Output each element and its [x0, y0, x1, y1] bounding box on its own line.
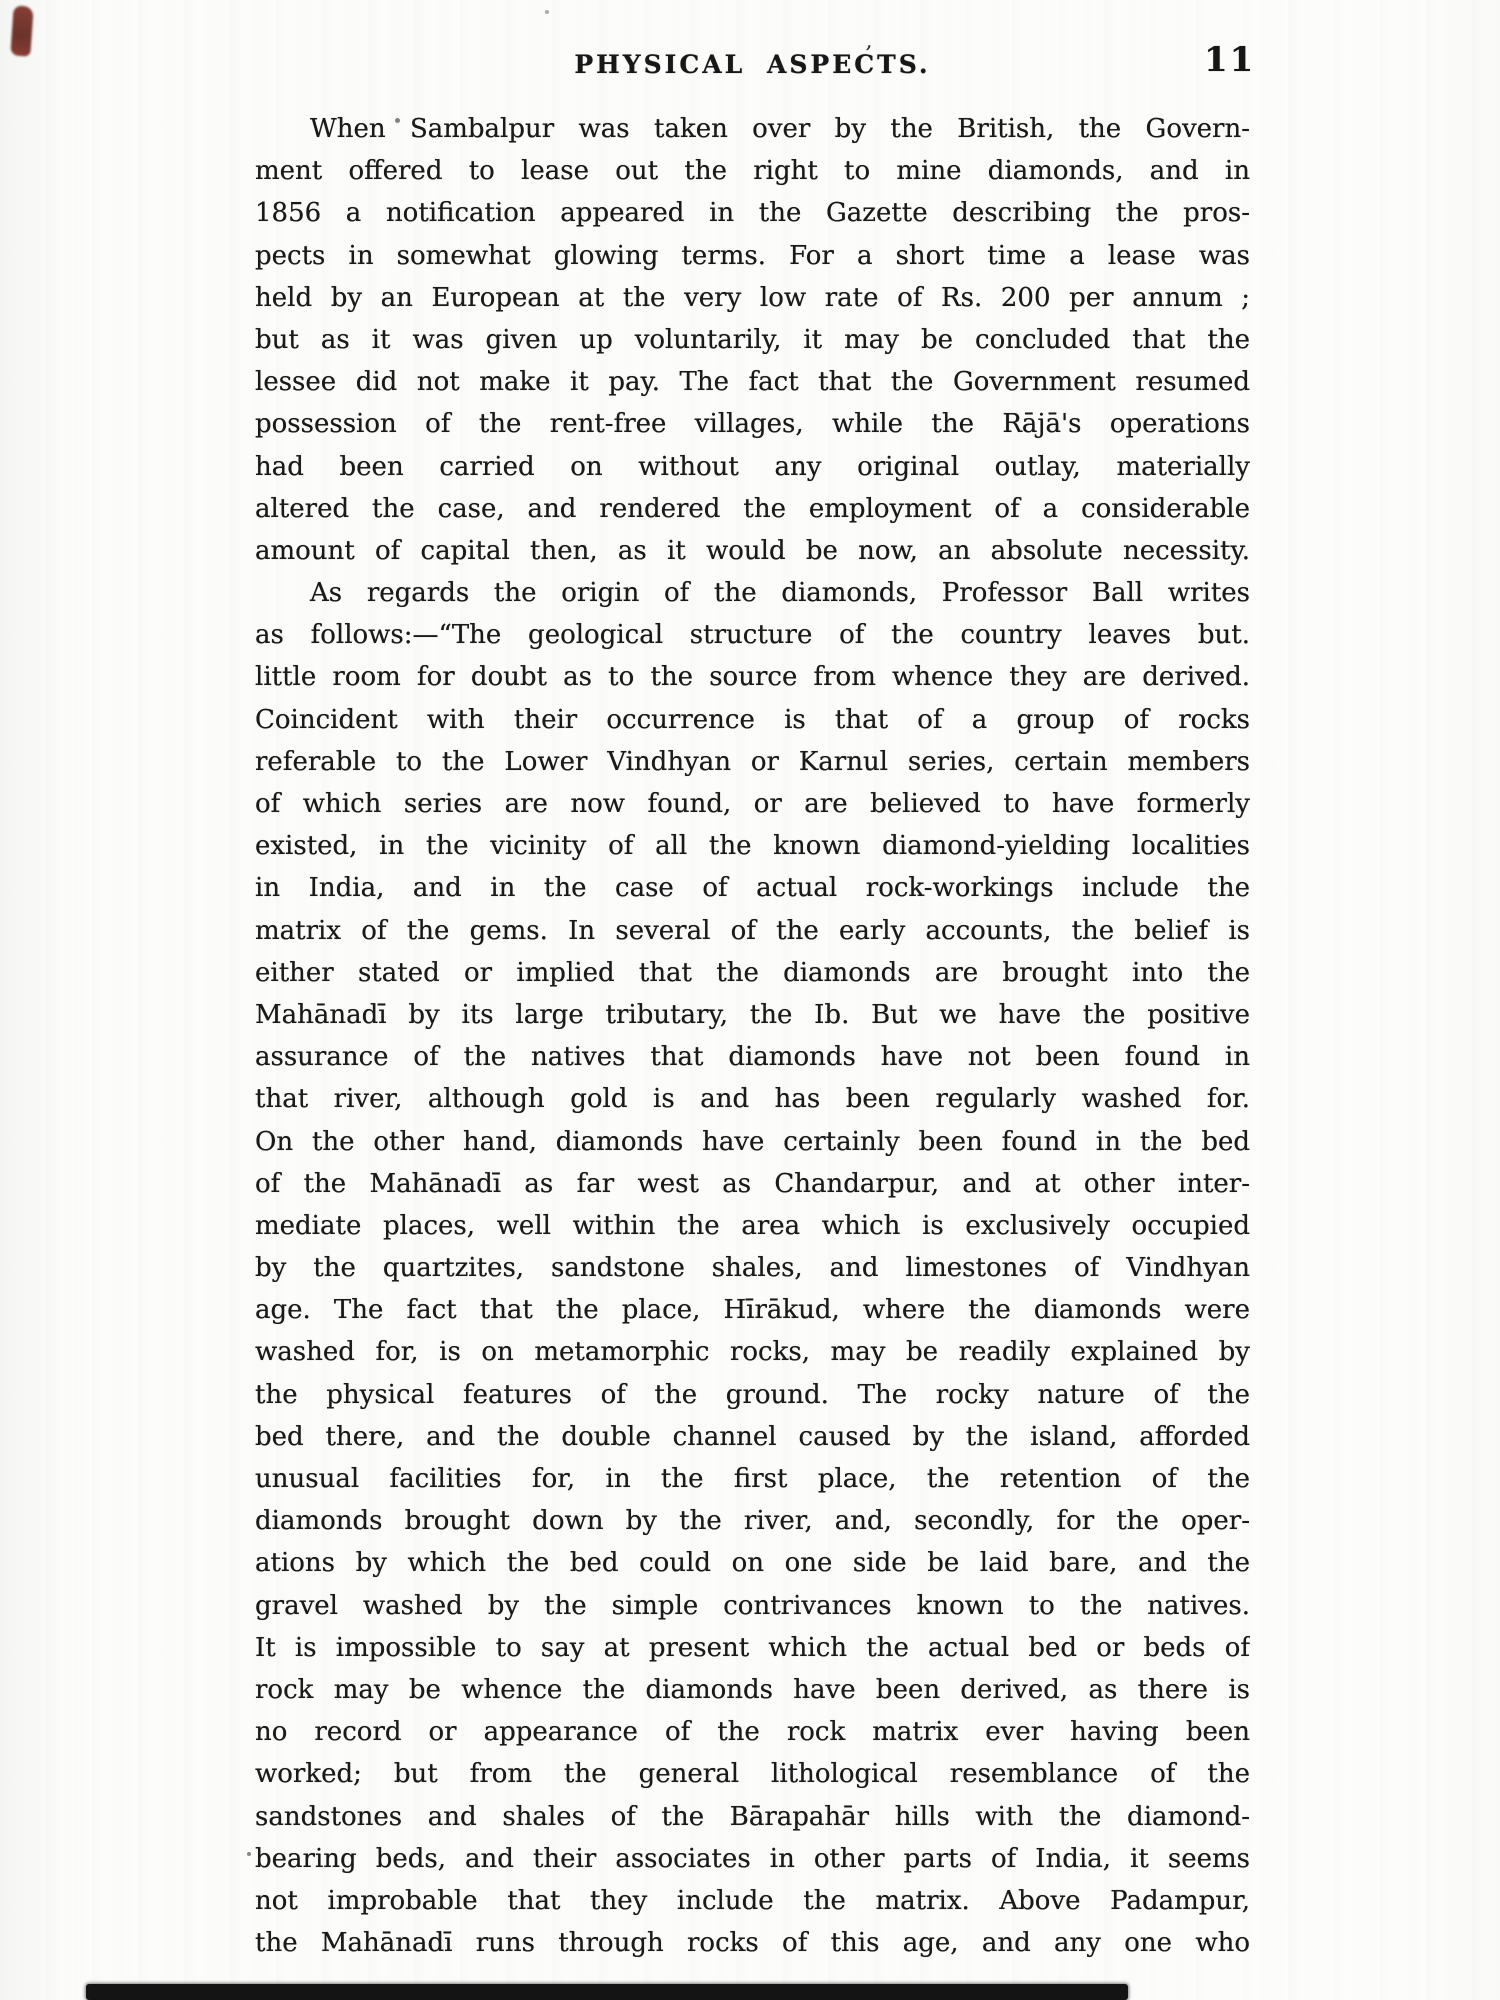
text-line: rock may be whence the diamonds have bee… — [255, 1669, 1250, 1711]
text-line: held by an European at the very low rate… — [255, 277, 1250, 319]
text-line: of the Mahānadī as far west as Chandarpu… — [255, 1163, 1250, 1205]
text-line: amount of capital then, as it would be n… — [255, 530, 1250, 572]
text-line: When Sambalpur was taken over by the Bri… — [255, 108, 1250, 150]
text-line: mediate places, well within the area whi… — [255, 1205, 1250, 1247]
text-line: lessee did not make it pay. The fact tha… — [255, 361, 1250, 403]
paragraph-1: When Sambalpur was taken over by the Bri… — [255, 108, 1250, 572]
text-line: that river, although gold is and has bee… — [255, 1078, 1250, 1120]
text-line: On the other hand, diamonds have certain… — [255, 1121, 1250, 1163]
text-line: assurance of the natives that diamonds h… — [255, 1036, 1250, 1078]
text-line: washed for, is on metamorphic rocks, may… — [255, 1331, 1250, 1373]
text-line: in India, and in the case of actual rock… — [255, 867, 1250, 909]
paragraph-2: As regards the origin of the diamonds, P… — [255, 572, 1250, 1964]
scan-speck — [247, 1852, 251, 1856]
text-line: referable to the Lower Vindhyan or Karnu… — [255, 741, 1250, 783]
page-number: 11 — [1204, 40, 1255, 80]
text-line: ment offered to lease out the right to m… — [255, 150, 1250, 192]
text-block: When Sambalpur was taken over by the Bri… — [255, 108, 1250, 1964]
text-line: age. The fact that the place, Hīrākud, w… — [255, 1289, 1250, 1331]
text-line: 1856 a notification appeared in the Gaze… — [255, 192, 1250, 234]
scanned-book-page: PHYSICAL ASPECTS. 11 ’ When Sambalpur wa… — [0, 0, 1500, 2000]
running-title: PHYSICAL ASPECTS. — [574, 50, 930, 79]
text-line: worked; but from the general lithologica… — [255, 1753, 1250, 1795]
text-line: bed there, and the double channel caused… — [255, 1416, 1250, 1458]
text-line: Coincident with their occurrence is that… — [255, 699, 1250, 741]
text-line: the physical features of the ground. The… — [255, 1374, 1250, 1416]
text-line: the Mahānadī runs through rocks of this … — [255, 1922, 1250, 1964]
scan-speck — [545, 10, 549, 14]
scan-edge-bar — [86, 1984, 1128, 2000]
text-line: no record or appearance of the rock matr… — [255, 1711, 1250, 1753]
text-line: either stated or implied that the diamon… — [255, 952, 1250, 994]
text-line: diamonds brought down by the river, and,… — [255, 1500, 1250, 1542]
text-line: pects in somewhat glowing terms. For a s… — [255, 235, 1250, 277]
text-line: bearing beds, and their associates in ot… — [255, 1838, 1250, 1880]
text-line: matrix of the gems. In several of the ea… — [255, 910, 1250, 952]
text-line: little room for doubt as to the source f… — [255, 656, 1250, 698]
text-line: but as it was given up voluntarily, it m… — [255, 319, 1250, 361]
text-line: ations by which the bed could on one sid… — [255, 1542, 1250, 1584]
scan-artifact-red-mark — [10, 5, 33, 56]
text-line: existed, in the vicinity of all the know… — [255, 825, 1250, 867]
text-line: by the quartzites, sandstone shales, and… — [255, 1247, 1250, 1289]
text-line: gravel washed by the simple contrivances… — [255, 1585, 1250, 1627]
text-line: As regards the origin of the diamonds, P… — [255, 572, 1250, 614]
text-line: possession of the rent-free villages, wh… — [255, 403, 1250, 445]
text-line: unusual facilities for, in the first pla… — [255, 1458, 1250, 1500]
page-header: PHYSICAL ASPECTS. — [255, 50, 1250, 79]
text-line: had been carried on without any original… — [255, 446, 1250, 488]
text-line: It is impossible to say at present which… — [255, 1627, 1250, 1669]
text-line: of which series are now found, or are be… — [255, 783, 1250, 825]
text-line: sandstones and shales of the Bārapahār h… — [255, 1796, 1250, 1838]
text-line: not improbable that they include the mat… — [255, 1880, 1250, 1922]
text-line: altered the case, and rendered the emplo… — [255, 488, 1250, 530]
text-line: Mahānadī by its large tributary, the Ib.… — [255, 994, 1250, 1036]
text-line: as follows:—“The geological structure of… — [255, 614, 1250, 656]
